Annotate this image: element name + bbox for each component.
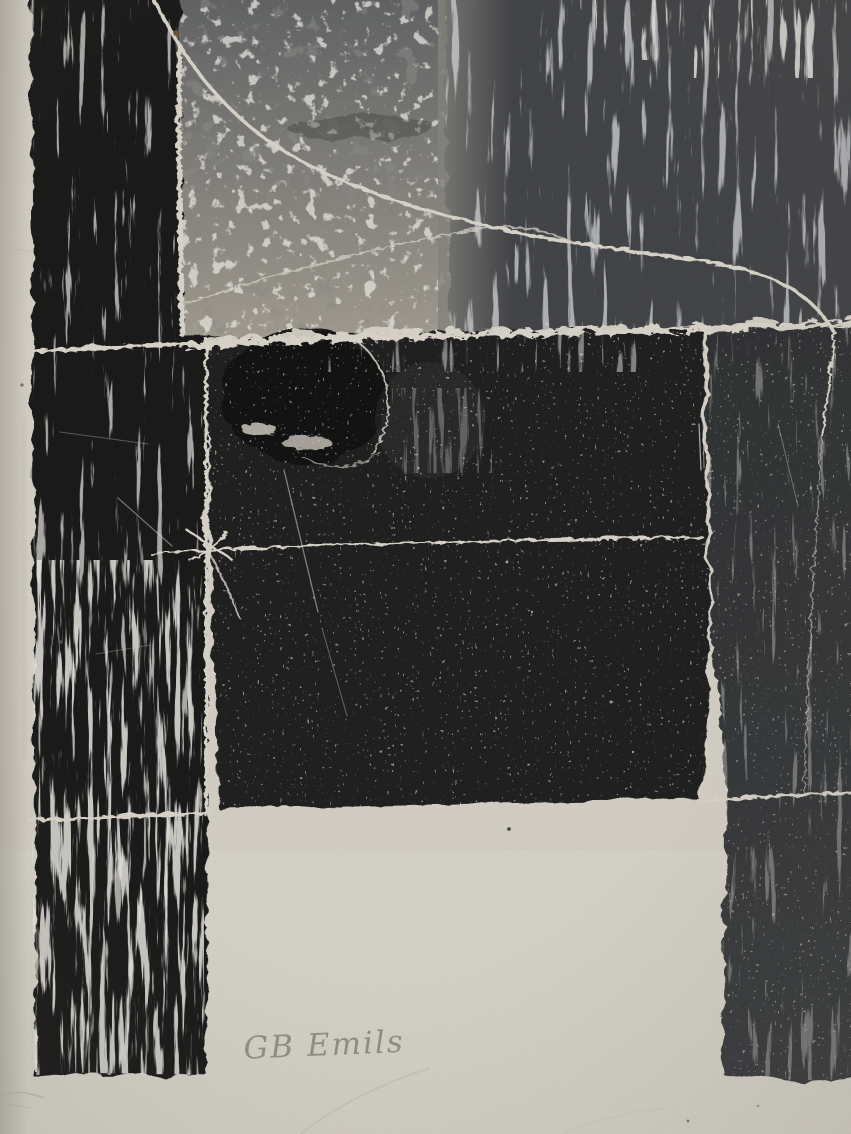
woodcut-print (0, 0, 851, 1134)
artwork-photo: GB Emils (0, 0, 851, 1134)
artist-signature: GB Emils (243, 1021, 465, 1091)
photo-vignette (0, 0, 851, 1134)
